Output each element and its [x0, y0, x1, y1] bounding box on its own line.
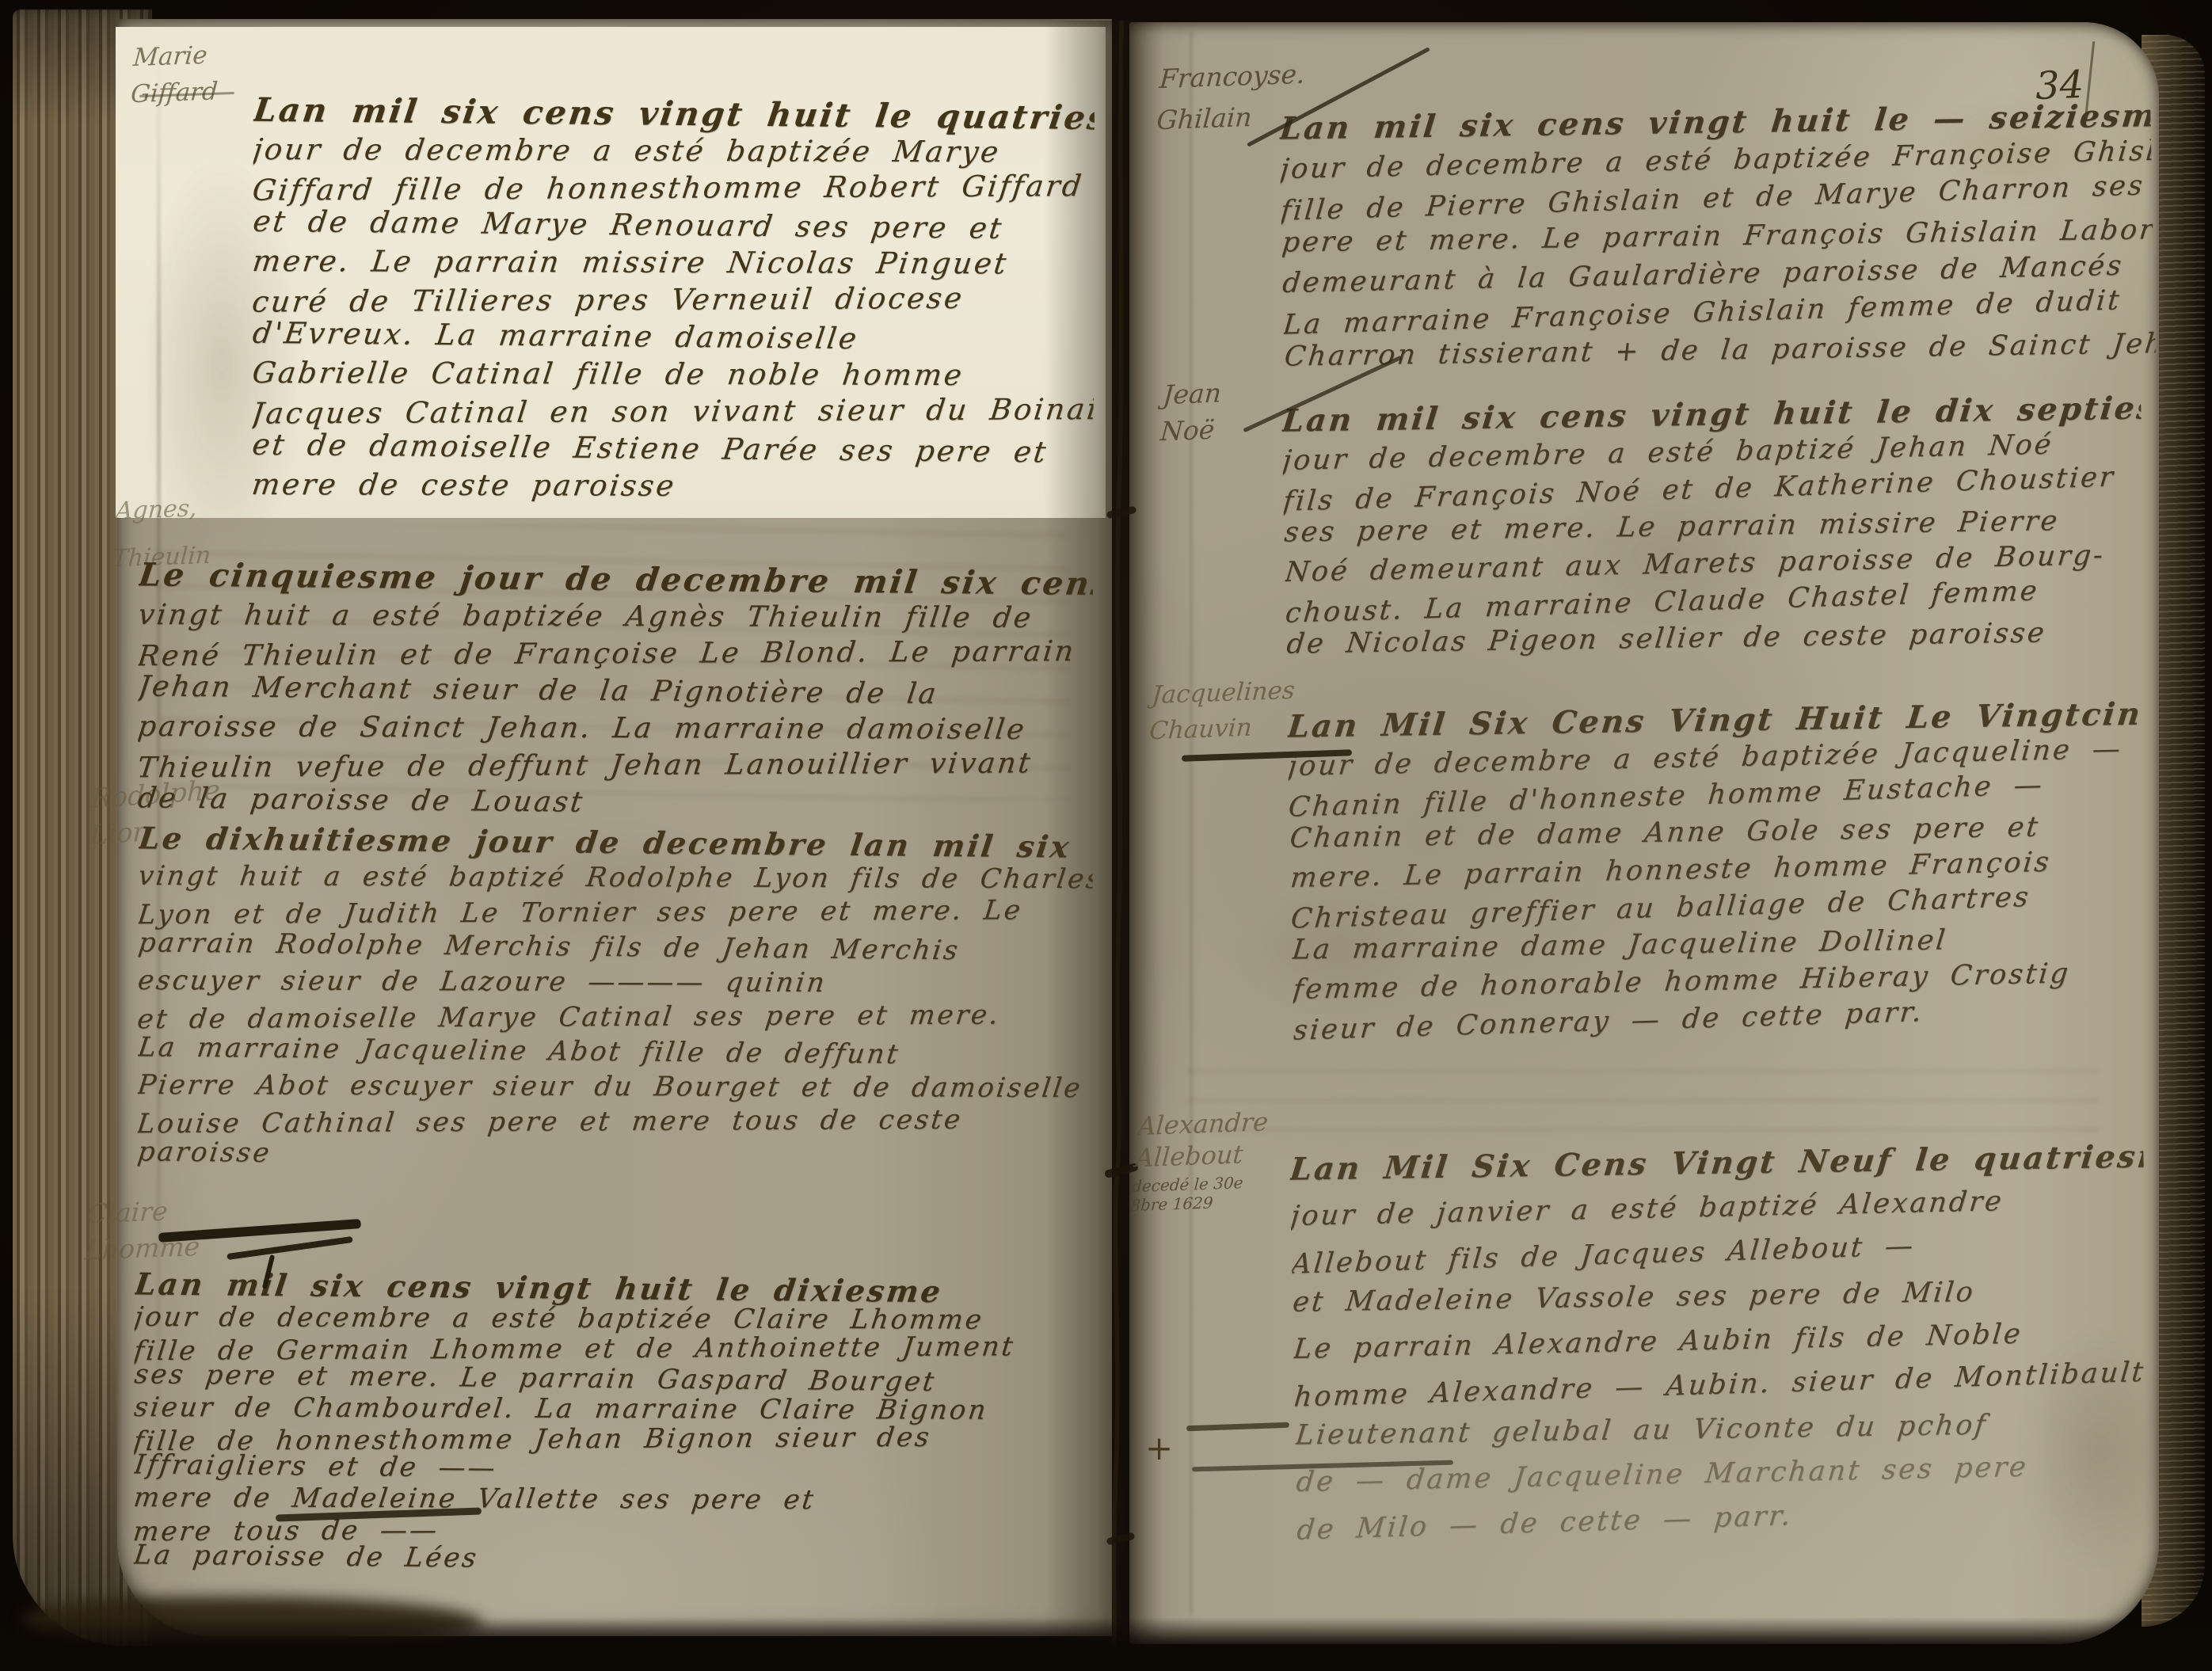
text-line: parrain Rodolphe Merchis fils de Jehan M…	[137, 925, 1093, 969]
text-line: et de damoiselle Estiene Parée ses pere …	[252, 426, 1095, 471]
text-line: vingt huit a esté baptizée Agnès Thieuli…	[138, 596, 1093, 637]
baptism-entry-rodolphe-lyon: Le dixhuitiesme jour de decembre lan mil…	[137, 824, 1093, 1175]
text-line: Noë	[1159, 412, 1220, 451]
text-line: mere. Le parrain missire Nicolas Pinguet	[252, 242, 1095, 283]
text-line: de la paroisse de Louast	[138, 779, 1093, 823]
text-line: paroisse de Sainct Jehan. La marraine da…	[138, 708, 1093, 748]
baptism-entry-claire-lhomme: Lan mil six cens vingt huit le dixiesmej…	[134, 1272, 1076, 1576]
baptism-entry-alexandre-allebout: Lan Mil Six Cens Vingt Neuf le quatriesm…	[1289, 1132, 2151, 1548]
plus-mark-annotation: +	[1145, 1429, 1173, 1467]
text-line: Lan mil six cens vingt huit le quatriesm…	[252, 93, 1095, 136]
text-line: Jacquelines	[1151, 673, 1296, 714]
text-line: curé de Tillieres pres Verneuil diocese	[252, 279, 1095, 321]
text-line: escuyer sieur de Lazoure ———— quinin	[137, 963, 1093, 1001]
text-line: sieur de Chambourdel. La marraine Claire…	[134, 1392, 1076, 1425]
baptism-entry-agnes-thieulin: Le cinquiesme jour de decembre mil six c…	[138, 559, 1093, 823]
text-line: mere de Madeleine Vallette ses pere et	[134, 1483, 1076, 1516]
text-line: Pierre Abot escuyer sieur du Bourget et …	[137, 1068, 1093, 1106]
text-line: La paroisse de Lées	[134, 1540, 1076, 1576]
text-line: Claire	[86, 1192, 204, 1232]
margin-note-deces-annotation: decedé le 30e8bre 1629	[1130, 1173, 1244, 1215]
bottom-shadow	[0, 1617, 2212, 1671]
text-line: La marraine Jacqueline Abot fille de def…	[137, 1030, 1093, 1074]
text-line: vingt huit a esté baptizé Rodolphe Lyon …	[137, 858, 1093, 896]
text-line: jour de decembre a esté baptizée Marye	[252, 131, 1095, 171]
text-line: jour de decembre a esté baptizée Claire …	[134, 1302, 1076, 1335]
text-line: Alexandre	[1136, 1106, 1269, 1142]
text-line: Jean	[1162, 375, 1223, 413]
text-line: Francoyse.	[1158, 54, 1306, 101]
text-line: Chauvin	[1148, 709, 1294, 749]
text-line: Marie	[132, 36, 222, 76]
baptism-entry-jacqueline-chanin: Lan Mil Six Cens Vingt Huit Le Vingtcinq…	[1287, 693, 2148, 1045]
text-line: d'Evreux. La marraine damoiselle	[252, 314, 1095, 360]
baptism-entry-marie-giffard: Lan mil six cens vingt huit le quatriesm…	[252, 93, 1095, 506]
binding-stitching	[1096, 6, 1152, 1666]
text-line: Allebout	[1134, 1137, 1266, 1174]
margin-note-alexandre-allebout: AlexandreAllebout	[1134, 1106, 1269, 1174]
text-line: Jehan Merchant sieur de la Pignotière de…	[138, 668, 1093, 714]
margin-note-jean-noe: JeanNoë	[1159, 375, 1223, 450]
page-crease	[1190, 32, 1193, 1616]
text-line: Jacques Catinal en son vivant sieur du B…	[252, 390, 1095, 432]
text-line: et de dame Marye Renouard ses pere et	[252, 203, 1095, 248]
baptism-entry-francoise-ghislain: Lan mil six cens vingt huit le — seizies…	[1279, 94, 2156, 379]
text-line: Giffard fille de honnesthomme Robert Gif…	[252, 167, 1095, 209]
text-line: paroisse	[137, 1134, 1093, 1175]
margin-note-marie-giffard: MarieGiffard	[130, 36, 222, 112]
text-line: Agnes,	[114, 485, 216, 536]
text-line: Gabrielle Catinal fille de noble homme	[252, 354, 1095, 394]
text-line: decedé le 30e	[1131, 1173, 1243, 1196]
baptism-entry-jehan-noe: Lan mil six cens vingt huit le dix septi…	[1281, 387, 2146, 666]
margin-note-jacquelines-chauvin: JacquelinesChauvin	[1148, 673, 1296, 750]
parish-register-scan: 34 MarieGiffard Agnes,Thieulin RodolpheL…	[0, 0, 2212, 1671]
text-line: 8bre 1629	[1130, 1192, 1243, 1215]
text-line: mere de ceste paroisse	[252, 466, 1095, 506]
